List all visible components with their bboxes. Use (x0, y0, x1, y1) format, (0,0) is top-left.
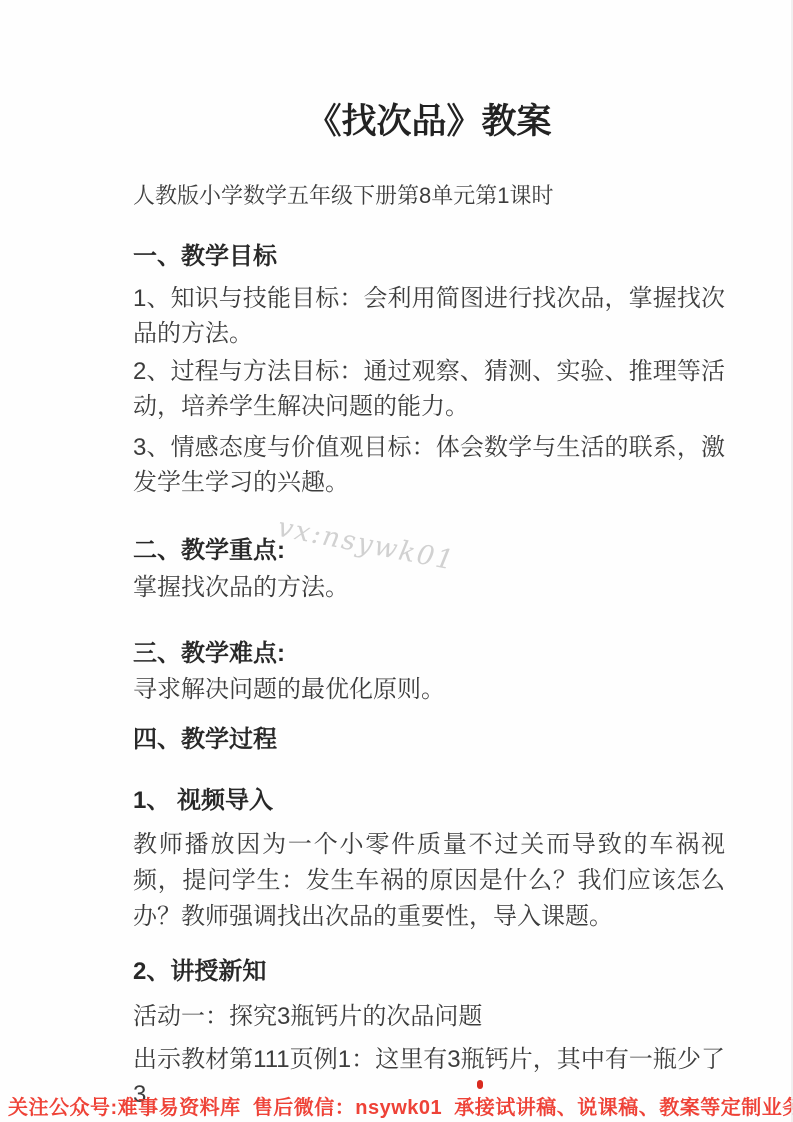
paragraph-video-intro: 教师播放因为一个小零件质量不过关而导致的车祸视频，提问学生：发生车祸的原因是什么… (133, 827, 725, 935)
section-heading-process: 四、教学过程 (133, 723, 725, 757)
section-heading-objectives: 一、教学目标 (133, 240, 725, 274)
section-heading-difficulties: 三、教学难点: (133, 637, 725, 671)
paragraph-objective-2: 2、过程与方法目标：通过观察、猜测、实验、推理等活动，培养学生解决问题的能力。 (133, 354, 725, 424)
page-title: 《找次品》教案 (133, 99, 725, 145)
paragraph-key-points: 掌握找次品的方法。 (133, 570, 725, 605)
paragraph-objective-1: 1、知识与技能目标：会利用简图进行找次品，掌握找次品的方法。 (133, 281, 725, 351)
paragraph-difficulties: 寻求解决问题的最优化原则。 (133, 672, 725, 707)
red-annotation-mark (477, 1080, 483, 1089)
document-page: 《找次品》教案 人教版小学数学五年级下册第8单元第1课时 一、教学目标 1、知识… (0, 0, 793, 1122)
paragraph-objective-3: 3、情感态度与价值观目标：体会数学与生活的联系，激发学生学习的兴趣。 (133, 430, 725, 500)
document-subtitle: 人教版小学数学五年级下册第8单元第1课时 (133, 181, 733, 211)
footer-promo-banner: 关注公众号:难事易资料库 售后微信：nsywk01 承接试讲稿、说课稿、教案等定… (8, 1096, 788, 1120)
subsection-heading-video-intro: 1、 视频导入 (133, 784, 725, 818)
subsection-heading-new-lesson: 2、讲授新知 (133, 955, 725, 989)
paragraph-activity-1: 活动一：探究3瓶钙片的次品问题 (133, 999, 725, 1034)
